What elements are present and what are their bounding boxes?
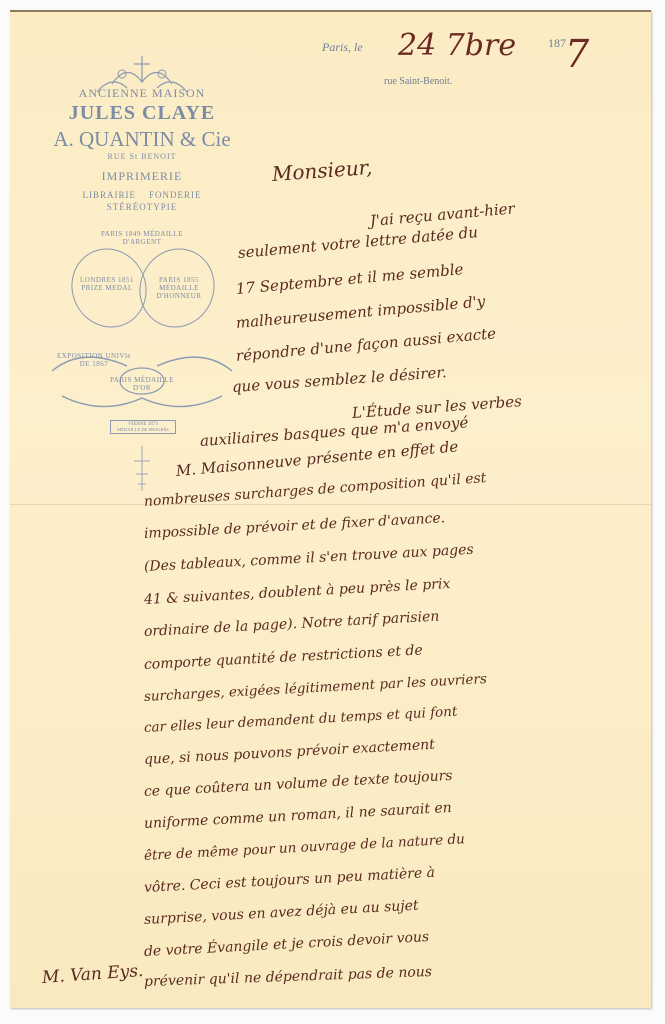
year-handwritten: 7 <box>565 32 589 76</box>
letter-line-24: de votre Évangile et je crois devoir vou… <box>144 929 430 960</box>
letter-line-22: vôtre. Ceci est toujours un peu matière … <box>144 865 436 896</box>
letter-line-15: comporte quantité de restrictions et de <box>144 642 424 673</box>
letter-line-2: seulement votre lettre datée du <box>237 223 478 262</box>
paper-fold <box>10 504 651 505</box>
letter-line-13: 41 & suivantes, doublent à peu près le p… <box>144 576 451 608</box>
letter-line-17: car elles leur demandent du temps et qui… <box>144 704 458 736</box>
letter-line-6: que vous semblez le désirer. <box>231 363 447 396</box>
letter-line-5: répondre d'une façon aussi exacte <box>235 324 497 365</box>
year-printed: 187 <box>548 36 566 51</box>
letterhead-fonderie: FONDERIE <box>149 190 202 200</box>
letterhead-trades: LIBRAIRIE FONDERIE <box>42 190 242 200</box>
medal-vienne-box: VIENNE 1873 MÉDAILLE DE PROGRÈS <box>110 420 176 434</box>
letterhead: ANCIENNE MAISON JULES CLAYE A. QUANTIN &… <box>42 52 242 474</box>
salutation: Monsieur, <box>271 155 373 186</box>
medal-vienne-sub: MÉDAILLE DE PROGRÈS <box>111 427 175 432</box>
letter-line-3: 17 Septembre et il me semble <box>235 260 464 298</box>
letter-line-23: surprise, vous en avez déjà eu au sujet <box>144 898 419 928</box>
medal-paris1855: PARIS 1855 MÉDAILLE D'HONNEUR <box>144 276 214 300</box>
letter-line-4: malheureusement impossible d'y <box>235 292 486 332</box>
letter-line-16: surcharges, exigées légitimement par les… <box>144 671 488 705</box>
letter-line-14: ordinaire de la page). Notre tarif paris… <box>144 609 440 640</box>
letter-line-12: (Des tableaux, comme il s'en trouve aux … <box>144 542 474 575</box>
letter-line-20: uniforme comme un roman, il ne saurait e… <box>144 800 453 832</box>
place-prefix: Paris, le <box>322 40 363 55</box>
letter-line-25: prévenir qu'il ne dépendrait pas de nous <box>144 964 432 990</box>
letter-line-19: ce que coûtera un volume de texte toujou… <box>144 768 453 800</box>
letter-line-11: impossible de prévoir et de fixer d'avan… <box>144 510 446 542</box>
medal-londres: LONDRES 1851 PRIZE MEDAL <box>72 276 142 292</box>
flourish-ornament-icon <box>42 52 242 112</box>
medal-paris1849: PARIS 1849 MÉDAILLE D'ARGENT <box>100 230 184 246</box>
letter-line-21: être de même pour un ouvrage de la natur… <box>144 831 466 864</box>
date-handwritten: 24 7bre <box>398 28 516 63</box>
medal-exposition: EXPOSITION UNIVle DE 1867 <box>54 352 134 368</box>
letterhead-stereotypie: STÉRÉOTYPIE <box>42 202 242 212</box>
letterhead-librairie: LIBRAIRIE <box>83 190 137 200</box>
letter-page: ANCIENNE MAISON JULES CLAYE A. QUANTIN &… <box>10 10 651 1008</box>
letterhead-quantin: A. QUANTIN & Cie <box>42 127 242 152</box>
address-line: rue Saint-Benoit. <box>384 76 452 87</box>
letterhead-imprimerie: IMPRIMERIE <box>42 169 242 184</box>
medal-paris-or: PARIS MÉDAILLE D'OR <box>102 376 182 392</box>
letterhead-rue: RUE St BENOIT <box>42 152 242 161</box>
letter-line-18: que, si nous pouvons prévoir exactement <box>144 737 436 768</box>
